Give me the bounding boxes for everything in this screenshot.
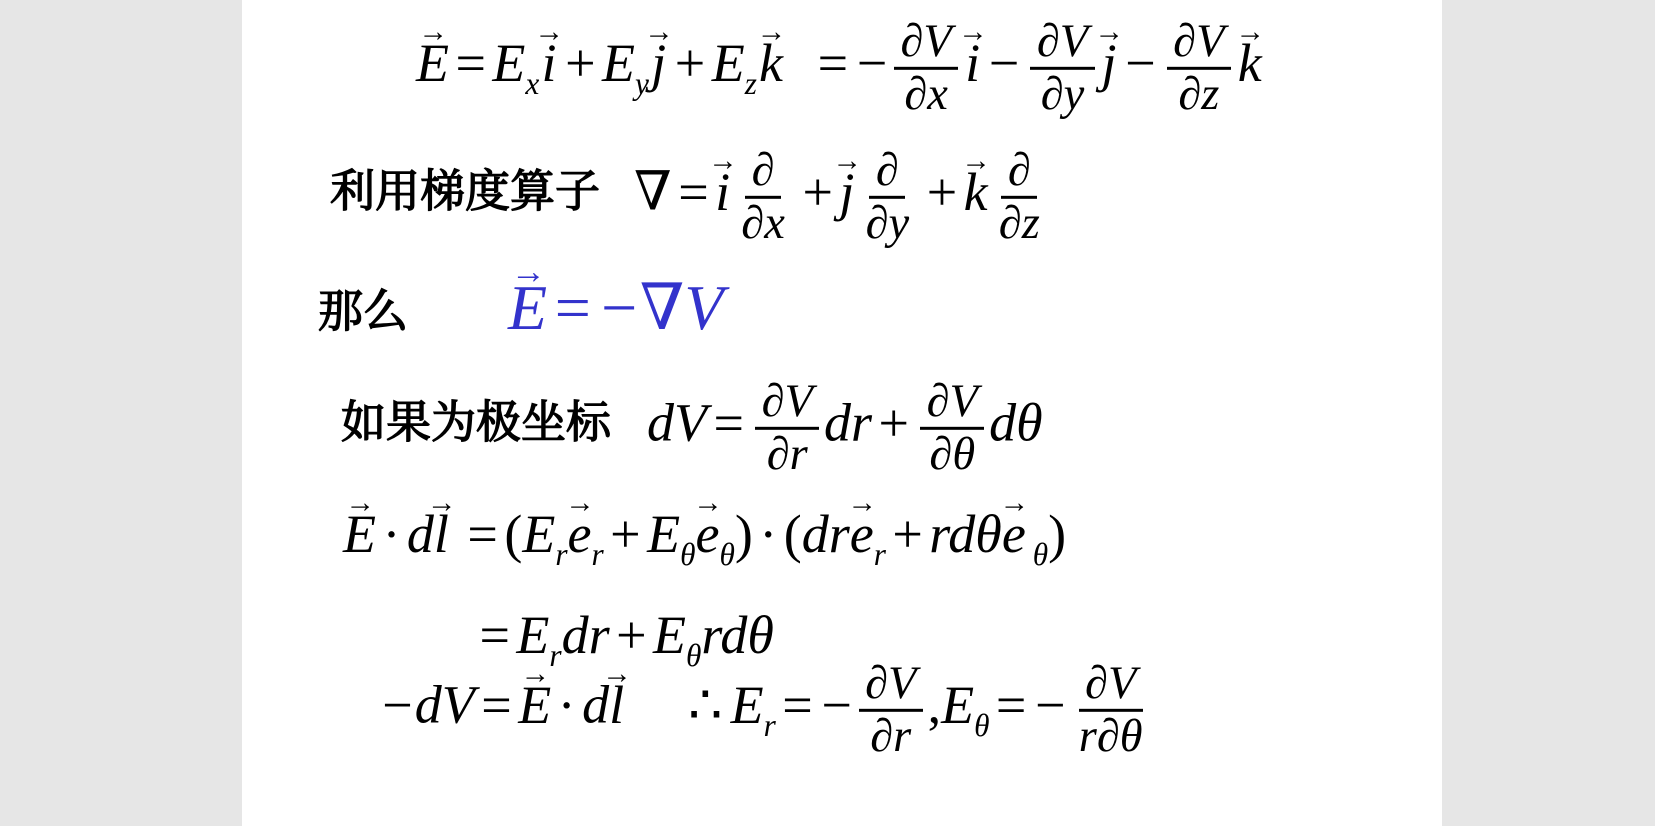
vector-arrow-icon: → bbox=[847, 489, 877, 519]
op-plus: + bbox=[927, 161, 957, 221]
op-equals: = bbox=[713, 392, 743, 452]
op-equals: = bbox=[555, 272, 591, 343]
denominator-dy: ∂y bbox=[1034, 70, 1091, 119]
vec-e: →e bbox=[568, 504, 592, 564]
var-E: E bbox=[941, 674, 974, 734]
var-dr: dr bbox=[824, 392, 872, 452]
vector-arrow-icon: → bbox=[999, 489, 1029, 519]
var-E: E bbox=[522, 504, 555, 564]
op-minus: − bbox=[989, 32, 1019, 92]
op-equals: = bbox=[818, 32, 848, 92]
label-then: 那么 bbox=[318, 285, 408, 336]
denominator-dx: ∂x bbox=[735, 199, 792, 248]
op-plus: + bbox=[616, 605, 646, 665]
var-E-sub-r: Er bbox=[731, 674, 776, 734]
sub-theta: θ bbox=[1033, 537, 1048, 572]
frac-dV-dtheta: ∂V∂θ bbox=[920, 377, 984, 479]
numerator-dV: ∂V bbox=[920, 377, 984, 430]
sub-r: r bbox=[555, 537, 567, 572]
var-E: E bbox=[492, 32, 525, 92]
vector-arrow-icon: → bbox=[345, 489, 375, 519]
vec-j: →j bbox=[1101, 32, 1116, 92]
vec-e: →e bbox=[850, 504, 874, 564]
op-equals: = bbox=[782, 674, 812, 734]
vector-arrow-icon: → bbox=[1094, 18, 1124, 48]
sub-r: r bbox=[764, 708, 776, 743]
vector-arrow-icon: → bbox=[708, 147, 738, 177]
vec-e-sub-theta: →eθ bbox=[695, 504, 734, 564]
numerator-dV: ∂V bbox=[859, 659, 923, 712]
vector-arrow-icon: → bbox=[511, 255, 546, 290]
vec-e-sub-r: →er bbox=[568, 504, 604, 564]
vector-arrow-icon: → bbox=[521, 660, 551, 690]
vector-arrow-icon: → bbox=[961, 147, 991, 177]
vec-j: →j bbox=[839, 161, 854, 221]
op-minus: − bbox=[1035, 674, 1065, 734]
var-E: E bbox=[712, 32, 745, 92]
comma: , bbox=[928, 674, 942, 734]
op-equals: = bbox=[678, 161, 708, 221]
numerator-dV: ∂V bbox=[1167, 17, 1231, 70]
var-E: E bbox=[731, 674, 764, 734]
denominator-dy: ∂y bbox=[859, 199, 916, 248]
vector-arrow-icon: → bbox=[418, 18, 448, 48]
var-E-sub-theta: Eθ bbox=[941, 674, 989, 734]
vec-l: →l bbox=[609, 674, 624, 734]
numerator-partial: ∂ bbox=[869, 146, 905, 199]
vec-e-sub-r: →er bbox=[850, 504, 886, 564]
formula-E-equals-neg-grad-V: →E=−∇V bbox=[508, 272, 724, 343]
vec-e: →e bbox=[1002, 504, 1026, 564]
numerator-partial: ∂ bbox=[745, 146, 781, 199]
numerator-dV: ∂V bbox=[894, 17, 958, 70]
sub-theta: θ bbox=[719, 537, 734, 572]
frac-dV-dy: ∂V∂y bbox=[1030, 17, 1094, 119]
op-equals: = bbox=[455, 32, 485, 92]
vec-k: →k bbox=[1238, 32, 1262, 92]
op-plus: + bbox=[892, 504, 922, 564]
vector-arrow-icon: → bbox=[958, 18, 988, 48]
op-plus: + bbox=[879, 392, 909, 452]
row-polar-differential: 如果为极坐标dV=∂V∂rdr+∂V∂θdθ bbox=[341, 377, 1043, 479]
vec-k: →k bbox=[964, 161, 988, 221]
row-field-gradient-relation: 那么→E=−∇V bbox=[318, 272, 724, 344]
vec-E: →E bbox=[416, 32, 449, 92]
nabla-symbol: ∇ bbox=[640, 272, 685, 343]
op-minus: − bbox=[601, 272, 637, 343]
var-dr: dr bbox=[802, 504, 850, 564]
op-equals: = bbox=[996, 674, 1026, 734]
var-E-sub-theta: Eθ bbox=[647, 504, 695, 564]
vec-i: →i bbox=[541, 32, 556, 92]
vector-arrow-icon: → bbox=[1235, 18, 1265, 48]
var-E-sub-x: Ex bbox=[492, 32, 539, 92]
op-plus: + bbox=[610, 504, 640, 564]
sub-x: x bbox=[525, 66, 539, 101]
op-equals: = bbox=[479, 605, 509, 665]
vec-E: →E bbox=[343, 504, 376, 564]
op-plus: + bbox=[565, 32, 595, 92]
denominator-rdtheta: r∂θ bbox=[1072, 712, 1149, 761]
sub-r: r bbox=[591, 537, 603, 572]
denominator-dtheta: ∂θ bbox=[923, 430, 982, 479]
vec-i: →i bbox=[965, 32, 980, 92]
var-dV: dV bbox=[647, 392, 707, 452]
page-background: →E=Ex→i+Ey→j+Ez→k=−∂V∂x→i−∂V∂y→j−∂V∂z→k … bbox=[0, 0, 1655, 826]
frac-dV-dr: ∂V∂r bbox=[859, 659, 923, 761]
vector-arrow-icon: → bbox=[757, 18, 787, 48]
open-paren: ( bbox=[504, 504, 522, 564]
vector-arrow-icon: → bbox=[534, 18, 564, 48]
nabla-symbol: ∇ bbox=[634, 161, 672, 221]
vec-i: →i bbox=[715, 161, 730, 221]
var-E-sub-z: Ez bbox=[712, 32, 757, 92]
vector-arrow-icon: → bbox=[602, 660, 632, 690]
slide: →E=Ex→i+Ey→j+Ez→k=−∂V∂x→i−∂V∂y→j−∂V∂z→k … bbox=[242, 0, 1442, 826]
var-E-sub-r: Er bbox=[522, 504, 567, 564]
vector-arrow-icon: → bbox=[427, 489, 457, 519]
var-E: E bbox=[516, 605, 549, 665]
denominator-dz: ∂z bbox=[1172, 70, 1226, 119]
equation-field-components-polar: −dV=→E·d→l∴Er=−∂V∂r,Eθ=−∂Vr∂θ bbox=[380, 659, 1154, 761]
label-use-gradient-operator: 利用梯度算子 bbox=[330, 166, 600, 217]
frac-dV-dr: ∂V∂r bbox=[755, 377, 819, 479]
frac-dV-rdtheta: ∂Vr∂θ bbox=[1072, 659, 1149, 761]
frac-d-dz: ∂∂z bbox=[992, 146, 1046, 248]
op-plus: + bbox=[802, 161, 832, 221]
vec-e-sub-theta: →eθ bbox=[1002, 504, 1048, 564]
numerator-dV: ∂V bbox=[1030, 17, 1094, 70]
equation-field-cartesian: →E=Ex→i+Ey→j+Ez→k=−∂V∂x→i−∂V∂y→j−∂V∂z→k bbox=[416, 17, 1264, 119]
var-E-sub-y: Ey bbox=[602, 32, 649, 92]
numerator-dV: ∂V bbox=[1079, 659, 1143, 712]
vector-arrow-icon: → bbox=[832, 147, 862, 177]
equation-dot-product-polar: →E·d→l=(Er→er+Eθ→eθ)·(dr→er+rdθ→eθ) bbox=[343, 504, 1066, 570]
sub-y: y bbox=[635, 66, 649, 101]
op-dot: · bbox=[558, 674, 576, 734]
frac-d-dx: ∂∂x bbox=[735, 146, 792, 248]
op-minus: − bbox=[1125, 32, 1155, 92]
vec-E: →E bbox=[508, 272, 547, 344]
denominator-dr: ∂r bbox=[864, 712, 918, 761]
var-dtheta: dθ bbox=[989, 392, 1043, 452]
op-minus: − bbox=[821, 674, 851, 734]
op-dot: · bbox=[382, 504, 400, 564]
numerator-dV: ∂V bbox=[755, 377, 819, 430]
var-E: E bbox=[602, 32, 635, 92]
frac-dV-dx: ∂V∂x bbox=[894, 17, 958, 119]
vector-arrow-icon: → bbox=[693, 489, 723, 519]
vec-e: →e bbox=[695, 504, 719, 564]
close-paren: ) bbox=[735, 504, 753, 564]
var-rdtheta: rdθ bbox=[929, 504, 1002, 564]
denominator-dz: ∂z bbox=[992, 199, 1046, 248]
op-minus: − bbox=[857, 32, 887, 92]
var-rdtheta: rdθ bbox=[701, 605, 774, 665]
op-minus: − bbox=[382, 674, 412, 734]
var-E-sub-theta: Eθ bbox=[653, 605, 701, 665]
close-paren: ) bbox=[1048, 504, 1066, 564]
sub-theta: θ bbox=[974, 708, 989, 743]
op-equals: = bbox=[481, 674, 511, 734]
open-paren: ( bbox=[784, 504, 802, 564]
label-if-polar-coordinates: 如果为极坐标 bbox=[341, 397, 611, 448]
op-equals: = bbox=[467, 504, 497, 564]
var-dV: dV bbox=[415, 674, 475, 734]
vec-l: →l bbox=[434, 504, 449, 564]
var-V: V bbox=[684, 272, 723, 343]
var-dr: dr bbox=[562, 605, 610, 665]
denominator-dr: ∂r bbox=[760, 430, 814, 479]
op-dot: · bbox=[759, 504, 777, 564]
op-plus: + bbox=[675, 32, 705, 92]
vec-k: →k bbox=[759, 32, 783, 92]
therefore-symbol: ∴ bbox=[688, 674, 722, 734]
denominator-dx: ∂x bbox=[898, 70, 955, 119]
vec-E: →E bbox=[518, 674, 551, 734]
vec-j: →j bbox=[651, 32, 666, 92]
row-gradient-operator: 利用梯度算子∇=→i∂∂x+→j∂∂y+→k∂∂z bbox=[330, 146, 1051, 248]
frac-d-dy: ∂∂y bbox=[859, 146, 916, 248]
var-E-sub-r: Er bbox=[516, 605, 561, 665]
sub-z: z bbox=[745, 66, 757, 101]
numerator-partial: ∂ bbox=[1001, 146, 1037, 199]
sub-r: r bbox=[874, 537, 886, 572]
frac-dV-dz: ∂V∂z bbox=[1167, 17, 1231, 119]
vector-arrow-icon: → bbox=[644, 18, 674, 48]
var-E: E bbox=[653, 605, 686, 665]
var-E: E bbox=[647, 504, 680, 564]
sub-theta: θ bbox=[680, 537, 695, 572]
vector-arrow-icon: → bbox=[565, 489, 595, 519]
